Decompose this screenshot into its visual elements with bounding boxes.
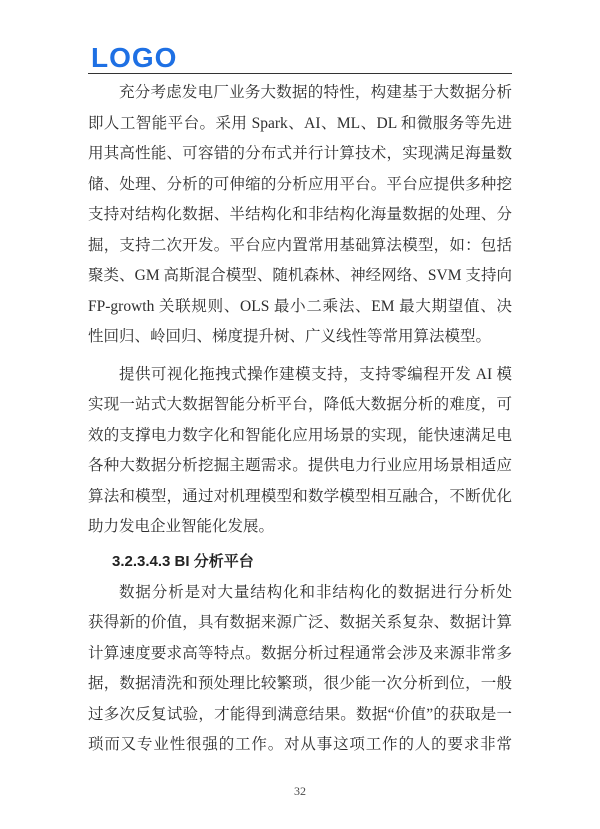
text-line: 各种大数据分析挖掘主题需求。提供电力行业应用场景相适应的智能 xyxy=(88,451,512,482)
text-line: 性回归、岭回归、梯度提升树、广义线性等常用算法模型。 xyxy=(88,322,512,353)
text-line: 计算速度要求高等特点。数据分析过程通常会涉及来源非常多的数 xyxy=(88,639,512,670)
text-line: 获得新的价值，具有数据来源广泛、数据关系复杂、数据计算量大、 xyxy=(88,608,512,639)
text-line: 提供可视化拖拽式操作建模支持，支持零编程开发 AI 模型，可 xyxy=(88,360,512,391)
document-page: LOGO 充分考虑发电厂业务大数据的特性，构建基于大数据分析技术，即人工智能平台… xyxy=(0,0,600,829)
text-line: 据，数据清洗和预处理比较繁琐，很少能一次分析到位，一般都要经 xyxy=(88,669,512,700)
section-heading: 3.2.3.4.3 BI 分析平台 xyxy=(88,550,512,574)
text-line: 琐而又专业性很强的工作。对从事这项工作的人的要求非常高，既要 xyxy=(88,730,512,761)
paragraph-2: 提供可视化拖拽式操作建模支持，支持零编程开发 AI 模型，可实现一站式大数据智能… xyxy=(88,360,512,543)
text-line: 助力发电企业智能化发展。 xyxy=(88,512,512,543)
document-header: LOGO xyxy=(88,45,512,74)
document-footer: 32 xyxy=(0,782,600,800)
text-line: 聚类、GM 高斯混合模型、随机森林、神经网络、SVM 支持向量机、 xyxy=(88,261,512,292)
text-line: 支持对结构化数据、半结构化和非结构化海量数据的处理、分析和挖 xyxy=(88,200,512,231)
text-line: 实现一站式大数据智能分析平台，降低大数据分析的难度，可快速高 xyxy=(88,390,512,421)
text-line: 过多次反复试验，才能得到满意结果。数据“价值”的获取是一件繁 xyxy=(88,700,512,731)
page-number: 32 xyxy=(294,784,306,798)
logo: LOGO xyxy=(88,45,512,71)
text-line: 数据分析是对大量结构化和非结构化的数据进行分析处理，从中 xyxy=(88,578,512,609)
text-line: 储、处理、分析的可伸缩的分析应用平台。平台应提供多种挖掘算法， xyxy=(88,170,512,201)
paragraph-3: 数据分析是对大量结构化和非结构化的数据进行分析处理，从中获得新的价值，具有数据来… xyxy=(88,578,512,761)
document-body: 充分考虑发电厂业务大数据的特性，构建基于大数据分析技术，即人工智能平台。采用 S… xyxy=(88,78,512,768)
text-line: 即人工智能平台。采用 Spark、AI、ML、DL 和微服务等先进技术，利 xyxy=(88,109,512,140)
paragraph-1: 充分考虑发电厂业务大数据的特性，构建基于大数据分析技术，即人工智能平台。采用 S… xyxy=(88,78,512,353)
text-line: 效的支撑电力数字化和智能化应用场景的实现，能快速满足电力行业 xyxy=(88,421,512,452)
header-divider xyxy=(88,73,512,74)
text-line: 充分考虑发电厂业务大数据的特性，构建基于大数据分析技术， xyxy=(88,78,512,109)
text-line: 算法和模型，通过对机理模型和数学模型相互融合，不断优化迭代， xyxy=(88,482,512,513)
text-line: FP-growth 关联规则、OLS 最小二乘法、EM 最大期望值、决策树、线 xyxy=(88,292,512,323)
text-line: 用其高性能、可容错的分布式并行计算技术，实现满足海量数据的存 xyxy=(88,139,512,170)
text-line: 掘，支持二次开发。平台应内置常用基础算法模型，如：包括 KMeans xyxy=(88,231,512,262)
